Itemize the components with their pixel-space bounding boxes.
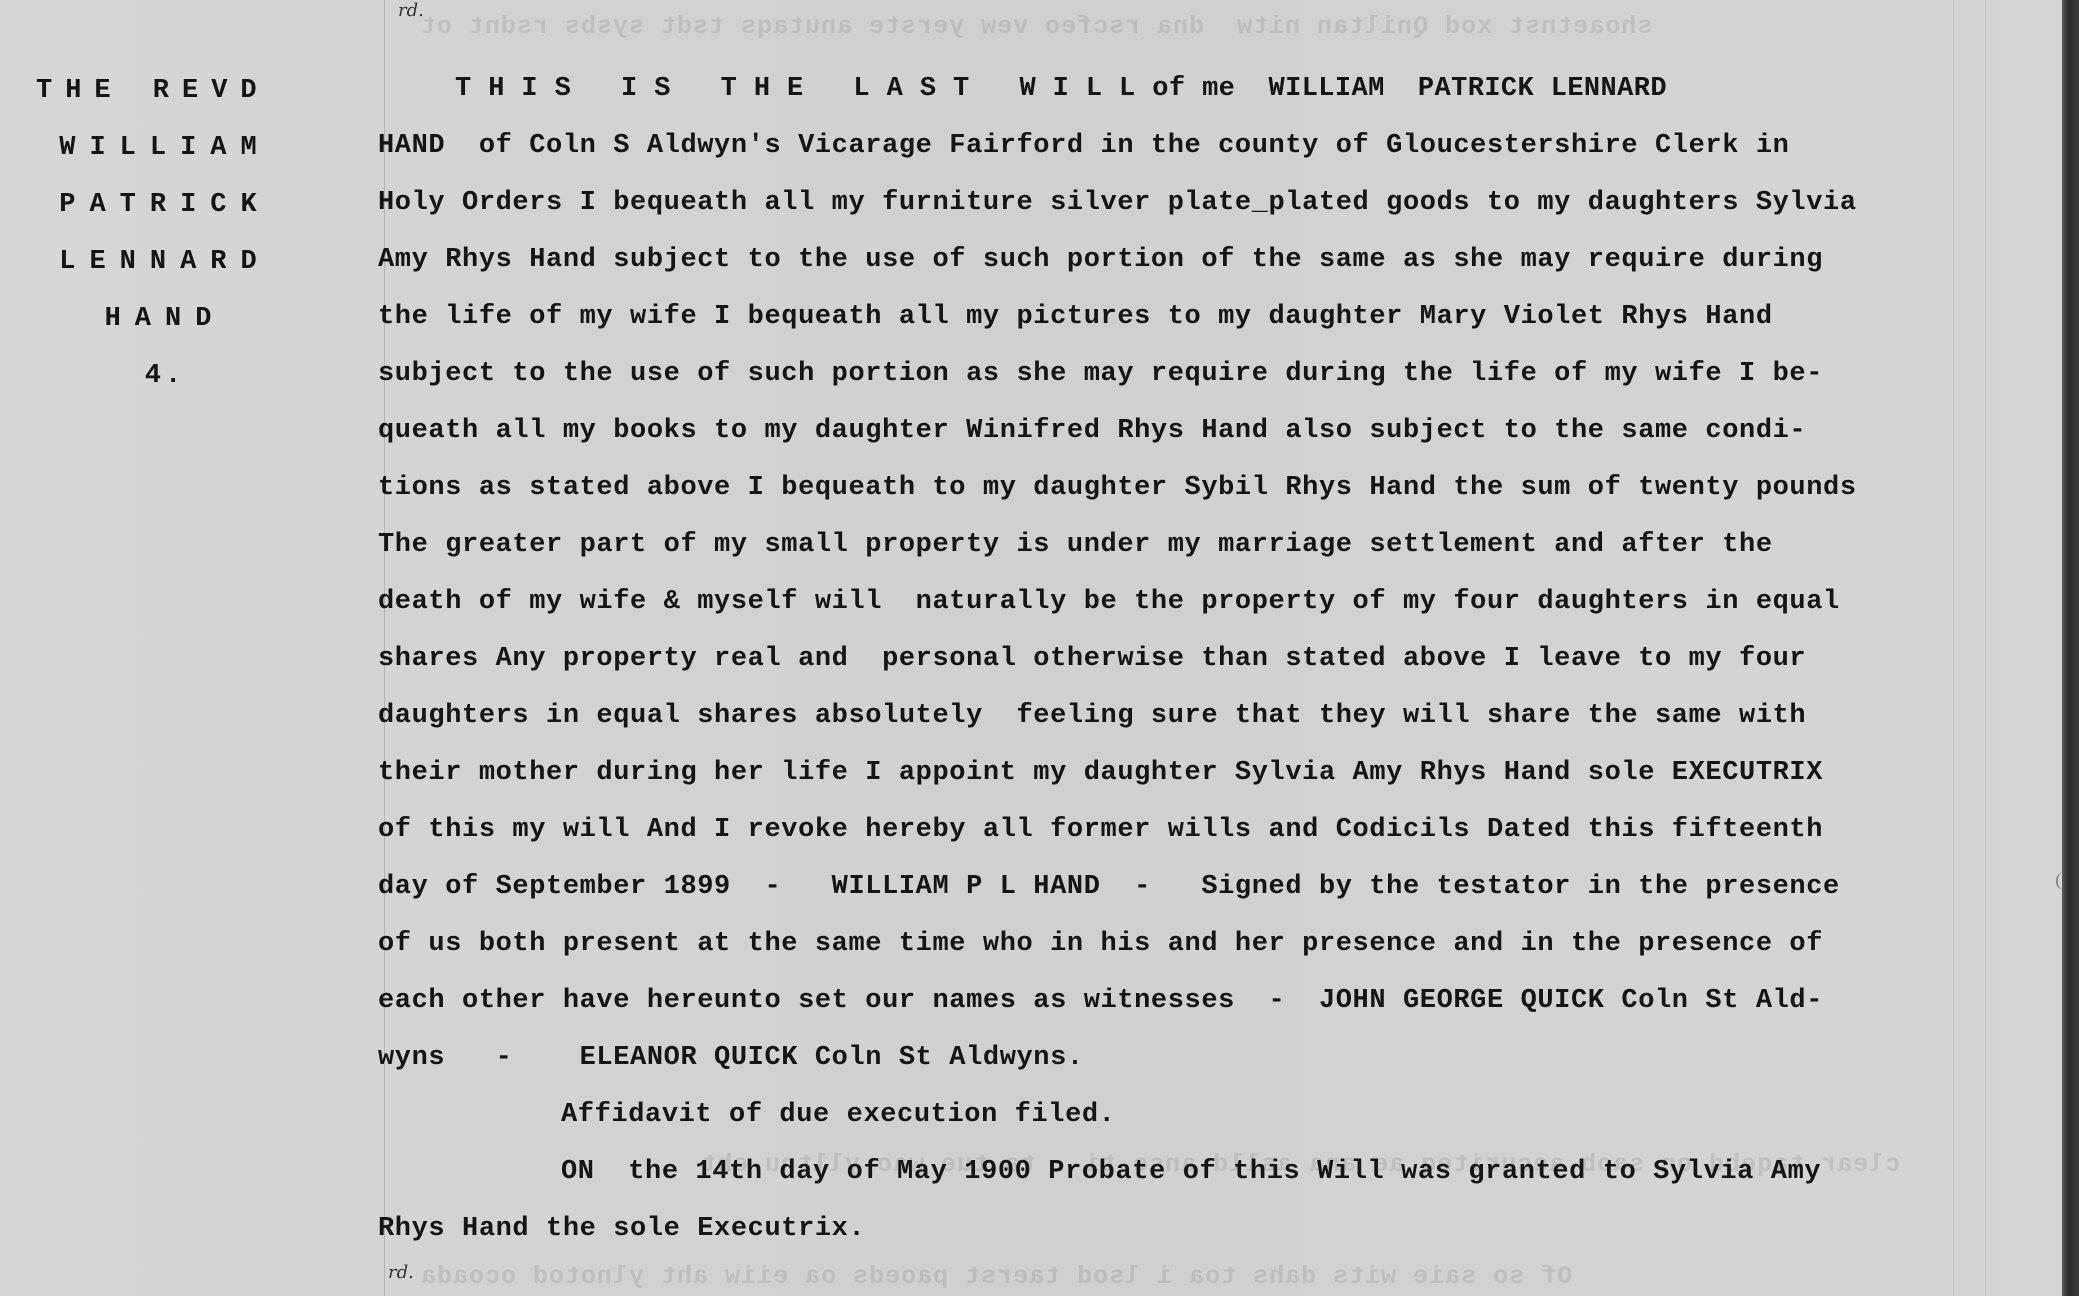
body-line: death of my wife & myself will naturally…	[378, 579, 2018, 636]
will-body: THIS IS THE LAST WILLof me WILLIAM PATRI…	[378, 66, 2018, 1263]
heading-spaced: THIS IS THE LAST WILL	[378, 74, 1152, 104]
body-line: Holy Orders I bequeath all my furniture …	[378, 180, 2018, 237]
body-line: day of September 1899 - WILLIAM P L HAND…	[378, 864, 2018, 921]
initial-mark: rd.	[398, 0, 424, 21]
margin-note-line: LENNARD	[0, 243, 330, 300]
body-line: wyns - ELEANOR QUICK Coln St Aldwyns.	[378, 1035, 2018, 1092]
body-line: their mother during her life I appoint m…	[378, 750, 2018, 807]
body-line: of this my will And I revoke hereby all …	[378, 807, 2018, 864]
show-through-text: shoaetnst xod Qniltan nitw dna rscfeo ve…	[420, 12, 1652, 41]
margin-note-line: HAND	[0, 300, 330, 357]
body-line: subject to the use of such portion as sh…	[378, 351, 2018, 408]
body-line: of us both present at the same time who …	[378, 921, 2018, 978]
affidavit-line: Affidavit of due execution filed.	[378, 1092, 2018, 1149]
body-line: shares Any property real and personal ot…	[378, 636, 2018, 693]
body-line: Amy Rhys Hand subject to the use of such…	[378, 237, 2018, 294]
body-line: daughters in equal shares absolutely fee…	[378, 693, 2018, 750]
body-line: the life of my wife I bequeath all my pi…	[378, 294, 2018, 351]
show-through-text: Of so saie wits dahs toa i lsod taerst p…	[420, 1262, 1572, 1291]
page-edge-nick	[2056, 872, 2072, 890]
body-line: tions as stated above I bequeath to my d…	[378, 465, 2018, 522]
body-line: each other have hereunto set our names a…	[378, 978, 2018, 1035]
probate-line: Rhys Hand the sole Executrix.	[378, 1206, 2018, 1263]
body-line: queath all my books to my daughter Winif…	[378, 408, 2018, 465]
heading-continuation: of me WILLIAM PATRICK LENNARD	[1152, 74, 1667, 104]
margin-note-line: WILLIAM	[0, 129, 330, 186]
margin-note: THE REVD WILLIAM PATRICK LENNARD HAND 4.	[0, 72, 330, 414]
document-page: shoaetnst xod Qniltan nitw dna rscfeo ve…	[0, 0, 2062, 1296]
body-line: The greater part of my small property is…	[378, 522, 2018, 579]
margin-note-folio: 4.	[0, 357, 330, 414]
probate-line: ON the 14th day of May 1900 Probate of t…	[378, 1149, 2018, 1206]
margin-note-line: THE REVD	[0, 72, 330, 129]
will-heading: THIS IS THE LAST WILLof me WILLIAM PATRI…	[378, 66, 2018, 123]
margin-note-line: PATRICK	[0, 186, 330, 243]
initial-mark: rd.	[388, 1262, 414, 1283]
body-line: HAND of Coln S Aldwyn's Vicarage Fairfor…	[378, 123, 2018, 180]
page-edge	[2062, 0, 2079, 1296]
